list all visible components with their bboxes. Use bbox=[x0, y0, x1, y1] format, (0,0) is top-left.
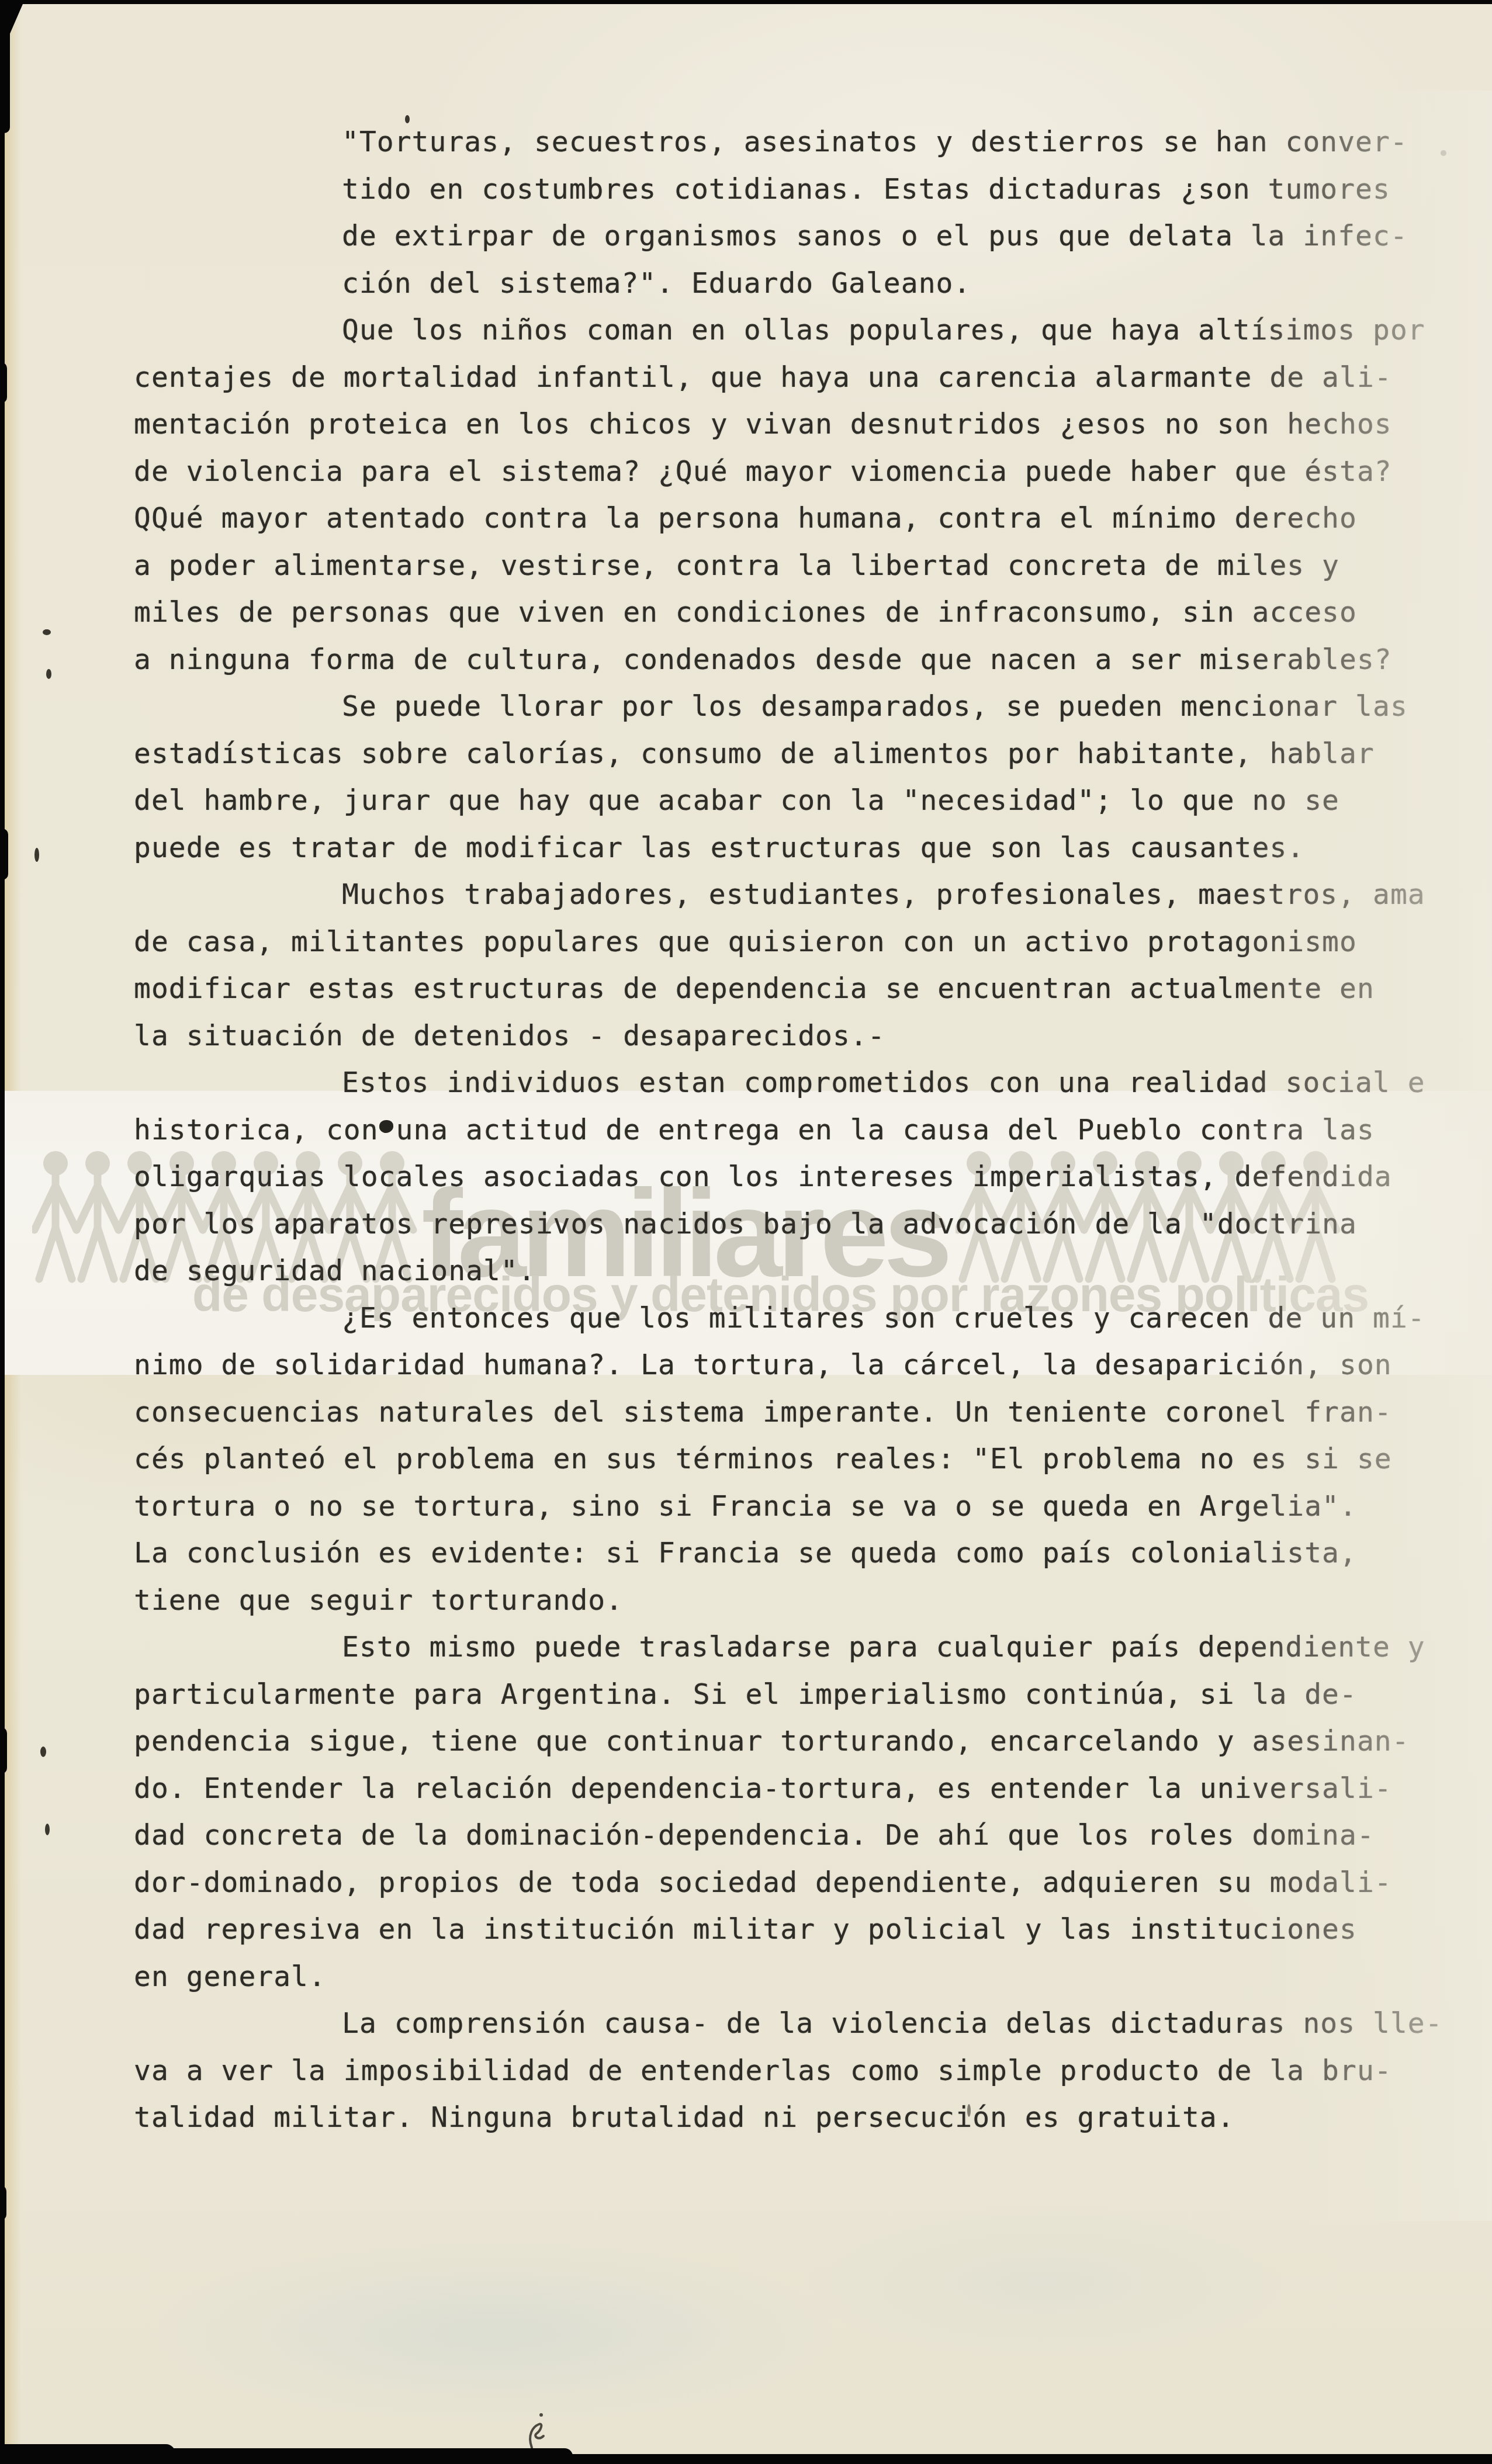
ink-speck bbox=[40, 1746, 46, 1757]
text-line: tiene que seguir torturando. bbox=[134, 1577, 1492, 1624]
text-line: de seguridad nacional". bbox=[134, 1247, 1492, 1295]
text-line: tido en costumbres cotidianas. Estas dic… bbox=[342, 166, 1492, 213]
text-line: del hambre, jurar que hay que acabar con… bbox=[134, 777, 1492, 824]
text-line: historica, con una actitud de entrega en… bbox=[134, 1107, 1492, 1154]
text-line: particularmente para Argentina. Si el im… bbox=[134, 1671, 1492, 1718]
text-line: Estos individuos estan comprometidos con… bbox=[134, 1059, 1492, 1107]
scan-edge-bump bbox=[0, 1727, 7, 1774]
ink-speck bbox=[34, 848, 39, 862]
text-line: dad concreta de la dominación-dependenci… bbox=[134, 1812, 1492, 1859]
text-line: Muchos trabajadores, estudiantes, profes… bbox=[134, 871, 1492, 919]
ink-speck bbox=[45, 1824, 50, 1835]
text-line: ¿Es entonces que los militares son cruel… bbox=[134, 1295, 1492, 1342]
text-line: modificar estas estructuras de dependenc… bbox=[134, 965, 1492, 1013]
scan-edge-bump bbox=[0, 2185, 6, 2220]
scan-edge-bump bbox=[0, 28, 10, 133]
ink-speck bbox=[1441, 150, 1446, 156]
text-line: Esto mismo puede trasladarse para cualqu… bbox=[134, 1624, 1492, 1671]
ink-squiggle bbox=[521, 2410, 556, 2451]
scan-edge-top bbox=[0, 0, 1492, 4]
text-line: de violencia para el sistema? ¿Qué mayor… bbox=[134, 448, 1492, 495]
text-line: dad represiva en la institución militar … bbox=[134, 1906, 1492, 1953]
text-line: La comprensión causa- de la violencia de… bbox=[134, 2000, 1492, 2047]
text-line: en general. bbox=[134, 1953, 1492, 2001]
text-line: puede es tratar de modificar las estruct… bbox=[134, 824, 1492, 872]
scan-edge-bump bbox=[0, 829, 8, 880]
scan-edge-bump bbox=[0, 362, 7, 403]
text-line: oligarquias locales asociadas con los in… bbox=[134, 1153, 1492, 1201]
text-line: a poder alimentarse, vestirse, contra la… bbox=[134, 542, 1492, 590]
text-line: do. Entender la relación dependencia-tor… bbox=[134, 1765, 1492, 1813]
scanned-page: familiares de desaparecidos y bbox=[0, 0, 1492, 2464]
text-line: ción del sistema?". Eduardo Galeano. bbox=[342, 260, 1492, 307]
text-line: Que los niños coman en ollas populares, … bbox=[134, 307, 1492, 354]
text-line: tortura o no se tortura, sino si Francia… bbox=[134, 1483, 1492, 1530]
paragraph: Que los niños coman en ollas populares, … bbox=[4, 307, 1492, 683]
paragraph: Esto mismo puede trasladarse para cualqu… bbox=[4, 1624, 1492, 2000]
text-line: pendencia sigue, tiene que continuar tor… bbox=[134, 1718, 1492, 1765]
paragraph: La comprensión causa- de la violencia de… bbox=[4, 2000, 1492, 2141]
text-line: estadísticas sobre calorías, consumo de … bbox=[134, 730, 1492, 778]
text-line: de extirpar de organismos sanos o el pus… bbox=[342, 213, 1492, 260]
text-line: consecuencias naturales del sistema impe… bbox=[134, 1389, 1492, 1436]
paper-sheet: familiares de desaparecidos y bbox=[4, 3, 1492, 2455]
paragraph: Muchos trabajadores, estudiantes, profes… bbox=[4, 871, 1492, 1059]
ink-speck bbox=[405, 115, 410, 123]
text-line: talidad militar. Ninguna brutalidad ni p… bbox=[134, 2094, 1492, 2141]
text-line: nimo de solidaridad humana?. La tortura,… bbox=[134, 1342, 1492, 1389]
text-line: de casa, militantes populares que quisie… bbox=[134, 919, 1492, 966]
text-line: miles de personas que viven en condicion… bbox=[134, 589, 1492, 636]
quote-block: "Torturas, secuestros, asesinatos y dest… bbox=[4, 119, 1492, 307]
paragraph: Estos individuos estan comprometidos con… bbox=[4, 1059, 1492, 1295]
text-line: cés planteó el problema en sus términos … bbox=[134, 1436, 1492, 1483]
ink-speck bbox=[46, 669, 51, 679]
text-line: dor-dominado, propios de toda sociedad d… bbox=[134, 1859, 1492, 1907]
text-line: "Torturas, secuestros, asesinatos y dest… bbox=[342, 119, 1492, 166]
text-line: por los aparatos represivos nacidos bajo… bbox=[134, 1201, 1492, 1248]
paragraph: Se puede llorar por los desamparados, se… bbox=[4, 683, 1492, 871]
typewritten-text: "Torturas, secuestros, asesinatos y dest… bbox=[4, 119, 1492, 2141]
ink-speck bbox=[43, 629, 51, 635]
text-line: Se puede llorar por los desamparados, se… bbox=[134, 683, 1492, 730]
ink-speck bbox=[967, 2104, 971, 2117]
text-line: centajes de mortalidad infantil, que hay… bbox=[134, 354, 1492, 401]
scan-corner-bottom-left bbox=[0, 2444, 175, 2464]
text-line: a ninguna forma de cultura, condenados d… bbox=[134, 636, 1492, 684]
text-line: la situación de detenidos - desaparecido… bbox=[134, 1013, 1492, 1060]
text-line: La conclusión es evidente: si Francia se… bbox=[134, 1530, 1492, 1577]
text-line: va a ver la imposibilidad de entenderlas… bbox=[134, 2047, 1492, 2095]
paragraph: ¿Es entonces que los militares son cruel… bbox=[4, 1295, 1492, 1624]
text-line: QQué mayor atentado contra la persona hu… bbox=[134, 495, 1492, 542]
text-line: mentación proteica en los chicos y vivan… bbox=[134, 401, 1492, 448]
